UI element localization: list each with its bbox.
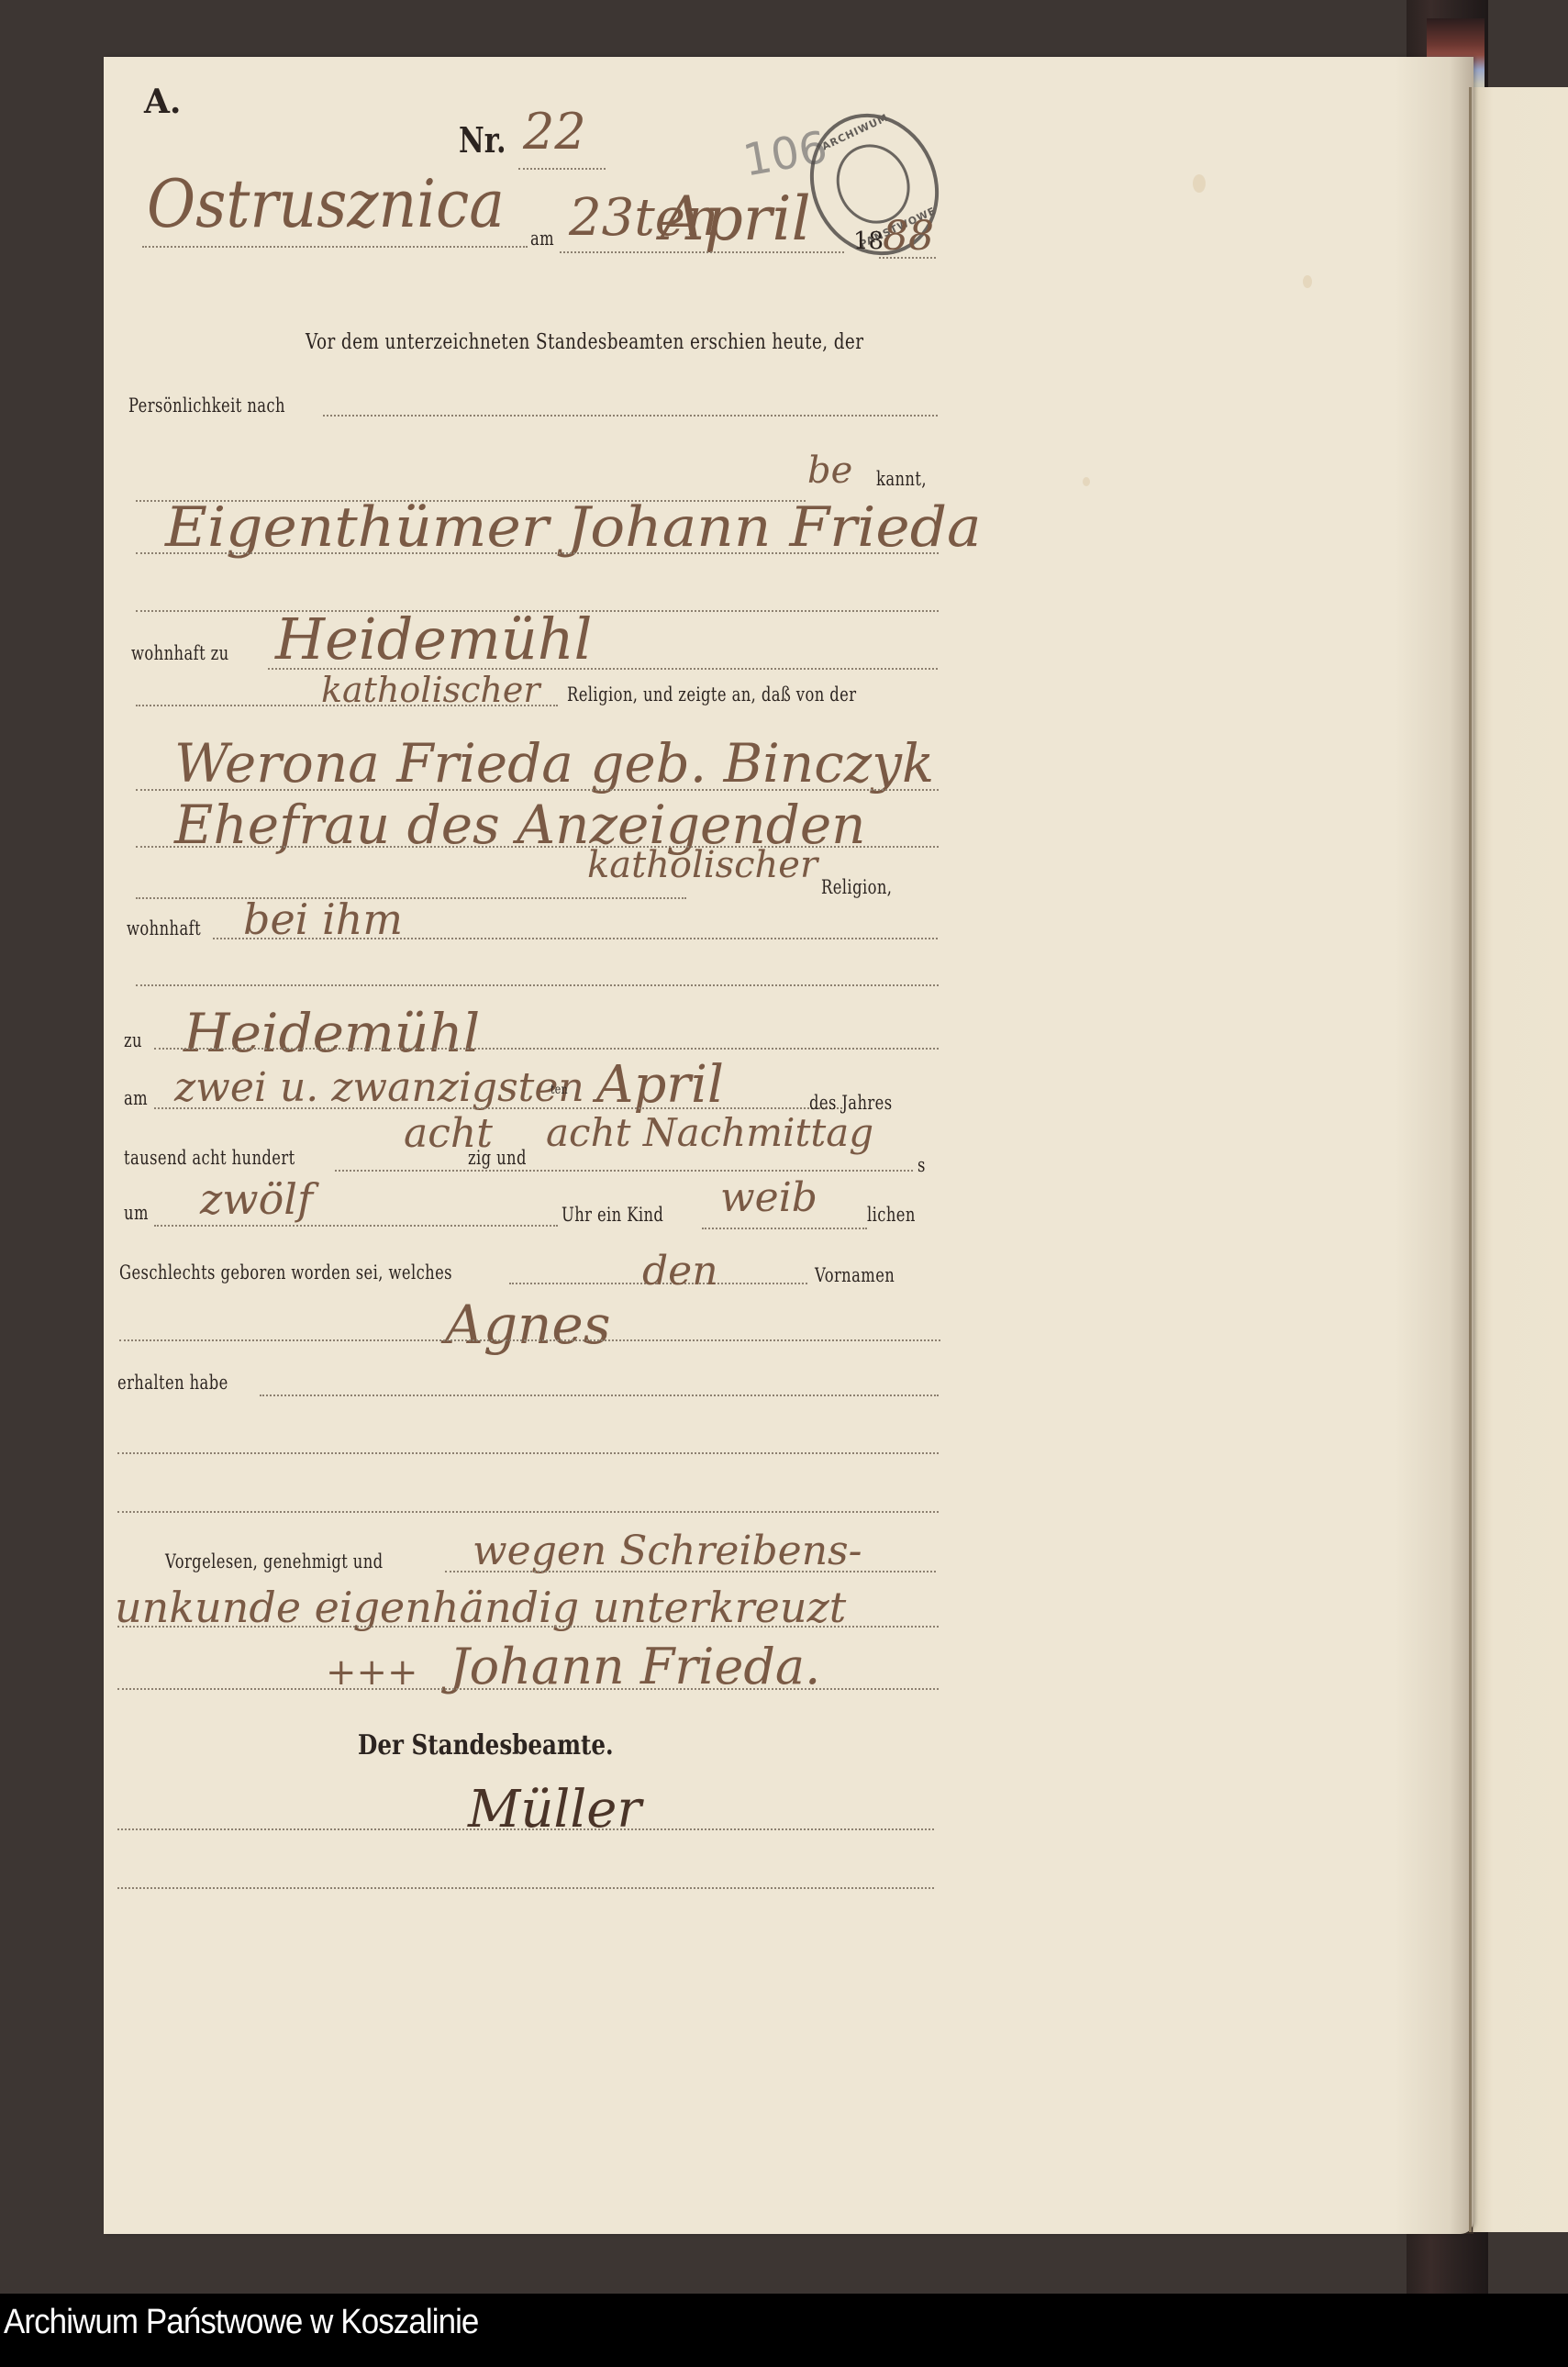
dotted-line — [154, 1048, 939, 1050]
year-printed: 18 — [853, 228, 884, 255]
paper-stain — [1083, 477, 1090, 486]
birth-month: April — [596, 1055, 724, 1115]
dotted-line — [518, 168, 606, 170]
archive-footer-bar: Archiwum Państwowe w Koszalinie — [0, 2294, 1568, 2367]
dotted-line — [879, 257, 936, 259]
dotted-line — [213, 938, 938, 939]
birth-hour: zwölf — [200, 1174, 313, 1224]
date-month: April — [661, 183, 811, 254]
year-units: acht Nachmittag — [546, 1110, 873, 1155]
residence-label: wohnhaft zu — [131, 642, 229, 664]
birth-place: Heidemühl — [183, 1002, 480, 1064]
dotted-line — [117, 1452, 939, 1454]
paper-stain — [1193, 174, 1206, 193]
mother-religion-printed: Religion, — [821, 876, 892, 898]
uhr-kind-label: Uhr ein Kind — [562, 1204, 663, 1226]
dotted-line — [323, 415, 938, 417]
dotted-line — [136, 789, 939, 791]
s-suffix: s — [917, 1154, 926, 1176]
page-gutter-shadow — [1395, 57, 1473, 2234]
dotted-line — [117, 1626, 939, 1628]
dotted-line — [445, 1571, 936, 1572]
dotted-line — [117, 1688, 939, 1690]
informant-name: Eigenthümer Johann Frieda — [165, 495, 982, 560]
birth-day: zwei u. zwanzigsten — [174, 1064, 584, 1111]
dotted-line — [335, 1170, 913, 1172]
lichen-suffix: lichen — [867, 1204, 916, 1226]
dotted-line — [117, 1887, 934, 1889]
dotted-line — [260, 1395, 939, 1396]
religion-printed: Religion, und zeigte an, daß von der — [567, 683, 856, 706]
paper-stain — [1303, 275, 1312, 288]
intro-line: Vor dem unterzeichneten Standesbeamten e… — [306, 330, 863, 354]
informant-residence: Heidemühl — [275, 606, 592, 672]
vorgelesen-note-1: wegen Schreibens- — [473, 1528, 862, 1574]
dotted-line — [142, 246, 528, 248]
um-label: um — [124, 1202, 149, 1224]
registrar-signature: Müller — [468, 1780, 641, 1839]
registrar-label: Der Standesbeamte. — [358, 1729, 614, 1761]
mother-residence: bei ihm — [243, 895, 403, 944]
child-name: Agnes — [445, 1294, 610, 1356]
known-printed: kannt, — [876, 468, 927, 490]
erhalten-label: erhalten habe — [117, 1372, 228, 1394]
dotted-line — [119, 1339, 940, 1341]
form-section-label: A. — [144, 83, 181, 121]
am-label: am — [530, 228, 554, 250]
geschlechts-line: Geschlechts geboren worden sei, welches — [119, 1261, 452, 1284]
mother-name: Werona Frieda geb. Binczyk — [174, 732, 934, 795]
tausend-label: tausend acht hundert — [124, 1147, 295, 1169]
facing-page — [1473, 87, 1568, 2232]
dotted-line — [136, 846, 939, 848]
vorgelesen-label: Vorgelesen, genehmigt und — [165, 1550, 384, 1572]
record-number-value: 22 — [523, 103, 586, 161]
vorgelesen-note-2: unkunde eigenhändig unterkreuzt — [115, 1583, 846, 1632]
dotted-line — [136, 897, 686, 899]
am-label-2: am — [124, 1087, 148, 1109]
child-sex: weib — [720, 1174, 817, 1221]
archive-name: Archiwum Państwowe w Koszalinie — [4, 2303, 478, 2342]
dotted-line — [117, 1511, 939, 1513]
mother-residence-label: wohnhaft — [127, 917, 201, 939]
dotted-line — [136, 552, 939, 554]
known-written: be — [807, 450, 852, 492]
informant-signature: Johann Frieda. — [450, 1638, 820, 1695]
den-written: den — [642, 1248, 718, 1295]
vornamen-label: Vornamen — [815, 1264, 895, 1286]
birth-day-suffix: ten — [550, 1083, 568, 1097]
dotted-line — [136, 984, 939, 986]
informant-religion: katholischer — [321, 670, 540, 710]
dotted-line — [560, 251, 844, 253]
zu-label: zu — [124, 1029, 142, 1051]
dotted-line — [702, 1228, 867, 1229]
year-written: 88 — [883, 213, 934, 260]
record-number-label: Nr. — [459, 119, 506, 161]
dotted-line — [117, 1828, 934, 1830]
dotted-line — [154, 1225, 558, 1227]
registry-place: Ostrusznica — [147, 165, 505, 242]
mother-religion: katholischer — [587, 844, 817, 886]
zig-und-label: zig und — [468, 1147, 527, 1169]
dotted-line — [154, 1107, 842, 1109]
personality-label: Persönlichkeit nach — [128, 394, 285, 417]
page-fold — [1469, 87, 1472, 2232]
